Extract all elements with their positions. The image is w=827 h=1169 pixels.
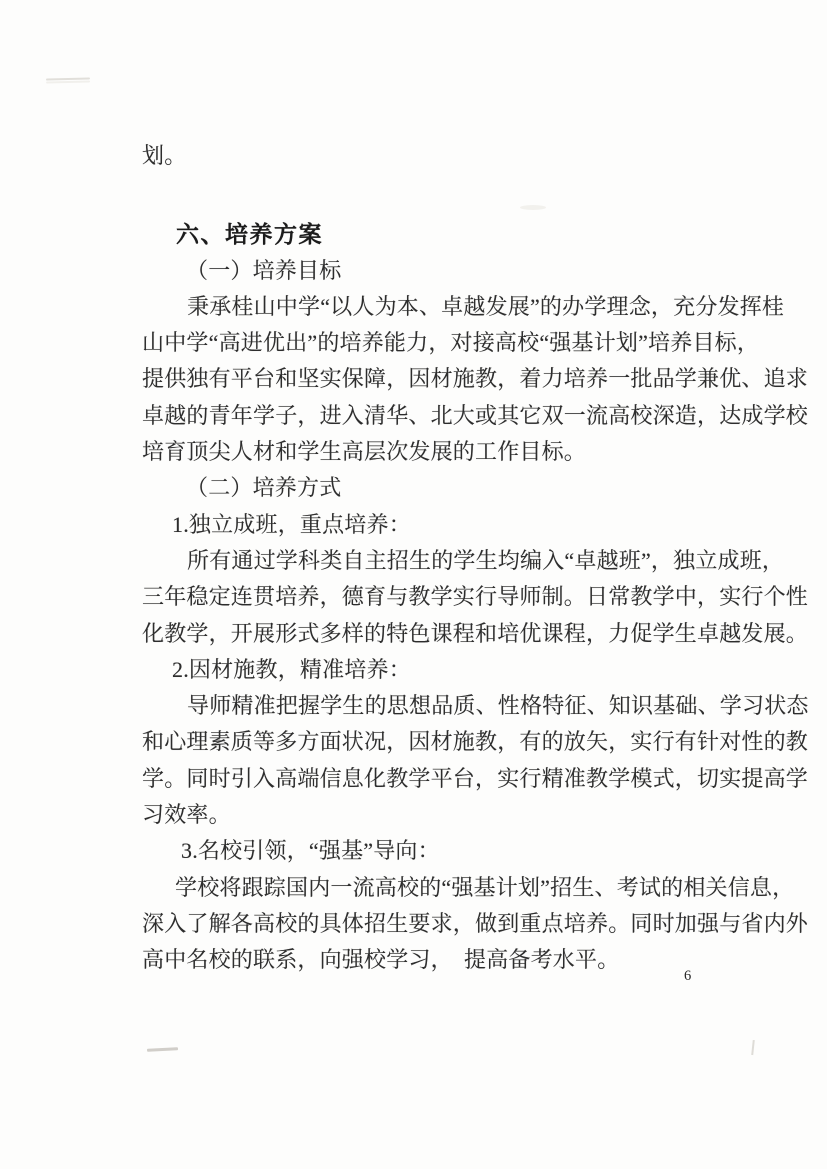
paragraph-line: 习效率。 <box>142 797 742 833</box>
scanned-document-page: 划。 六、培养方案 （一）培养目标 秉承桂山中学“以人为本、卓越发展”的办学理念… <box>0 0 827 1169</box>
paragraph-line: 秉承桂山中学“以人为本、卓越发展”的办学理念，充分发挥桂 <box>142 289 742 325</box>
scan-artifact-dash-top <box>46 77 90 80</box>
scan-artifact-dash-bottom <box>147 1047 178 1051</box>
paragraph-line: 学。同时引入高端信息化教学平台，实行精准教学模式，切实提高学 <box>142 761 742 797</box>
carryover-line: 划。 <box>142 138 742 174</box>
paragraph-line: 高中名校的联系，向强校学习， 提高备考水平。 <box>142 942 742 978</box>
paragraph-line: 所有通过学科类自主招生的学生均编入“卓越班”，独立成班， <box>142 543 742 579</box>
list-item-title-1: 1.独立成班，重点培养： <box>142 507 742 543</box>
list-item-title-3: 3.名校引领，“强基”导向： <box>142 833 742 869</box>
section-heading: 六、培养方案 <box>142 216 742 252</box>
list-item-title-2: 2.因材施教，精准培养： <box>142 652 742 688</box>
subsection-title-1: （一）培养目标 <box>142 253 742 289</box>
paragraph-line: 导师精准把握学生的思想品质、性格特征、知识基础、学习状态 <box>142 688 742 724</box>
scan-artifact-tick-right <box>751 1040 754 1055</box>
subsection-title-2: （二）培养方式 <box>142 470 742 506</box>
paragraph-line: 培育顶尖人材和学生高层次发展的工作目标。 <box>142 434 742 470</box>
paragraph-line: 深入了解各高校的具体招生要求，做到重点培养。同时加强与省内外 <box>142 906 742 942</box>
paragraph-line: 卓越的青年学子，进入清华、北大或其它双一流高校深造，达成学校 <box>142 398 742 434</box>
document-body: 划。 六、培养方案 （一）培养目标 秉承桂山中学“以人为本、卓越发展”的办学理念… <box>142 138 742 979</box>
paragraph-line: 山中学“高进优出”的培养能力，对接高校“强基计划”培养目标， <box>142 325 742 361</box>
page-number: 6 <box>684 966 691 986</box>
paragraph-line: 提供独有平台和坚实保障，因材施教，着力培养一批品学兼优、追求 <box>142 361 742 397</box>
paragraph-line: 三年稳定连贯培养，德育与教学实行导师制。日常教学中，实行个性 <box>142 579 742 615</box>
paragraph-line: 化教学，开展形式多样的特色课程和培优课程，力促学生卓越发展。 <box>142 616 742 652</box>
paragraph-line: 学校将跟踪国内一流高校的“强基计划”招生、考试的相关信息， <box>142 870 742 906</box>
paragraph-line: 和心理素质等多方面状况，因材施教，有的放矢，实行有针对性的教 <box>142 724 742 760</box>
